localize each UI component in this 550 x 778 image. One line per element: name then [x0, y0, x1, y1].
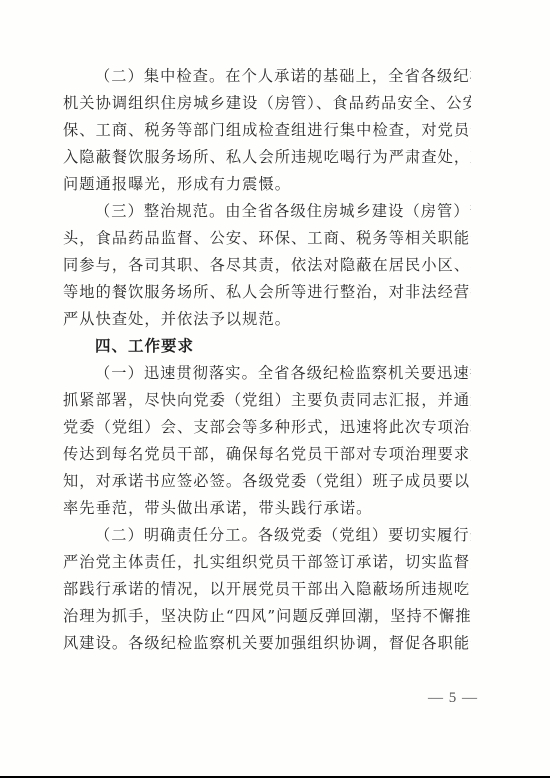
text-line: 部践行承诺的情况，以开展党员干部出入隐蔽场所违规吃喝专项	[63, 576, 471, 603]
text-line: 问题通报曝光，形成有力震慑。	[63, 171, 471, 198]
text-line: （三）整治规范。由全省各级住房城乡建设（房管）部门牵	[63, 198, 471, 225]
text-line: 传达到每名党员干部，确保每名党员干部对专项治理要求应知尽	[63, 441, 471, 468]
text-line: 头，食品药品监督、公安、环保、工商、税务等相关职能部门共	[63, 225, 471, 252]
text-line: 同参与，各司其职、各尽其责，依法对隐蔽在居民小区、写字楼	[63, 252, 471, 279]
text-line: 入隐蔽餐饮服务场所、私人会所违规吃喝行为严肃查处，对典型	[63, 144, 471, 171]
text-line: 风建设。各级纪检监察机关要加强组织协调，督促各职能部门发	[63, 630, 471, 657]
paragraph-centralized-inspection: （二）集中检查。在个人承诺的基础上，全省各级纪检监察 机关协调组织住房城乡建设（…	[63, 63, 471, 198]
page-number: — 5 —	[428, 690, 478, 707]
text-line: 保、工商、税务等部门组成检查组进行集中检查，对党员干部出	[63, 117, 471, 144]
section-heading: 四、工作要求	[63, 333, 471, 360]
document-page: （二）集中检查。在个人承诺的基础上，全省各级纪检监察 机关协调组织住房城乡建设（…	[0, 0, 550, 777]
text-line: 党委（党组）会、支部会等多种形式，迅速将此次专项治理要求	[63, 414, 471, 441]
text-line: 知，对承诺书应签必签。各级党委（党组）班子成员要以身作则、	[63, 468, 471, 495]
text-line: 等地的餐饮服务场所、私人会所等进行整治，对非法经营行为从	[63, 279, 471, 306]
paragraph-responsibility: （二）明确责任分工。各级党委（党组）要切实履行全面从 严治党主体责任，扎实组织党…	[63, 522, 471, 657]
text-line: 治理为抓手，坚决防止“四风”问题反弹回潮，坚持不懈推进作	[63, 603, 471, 630]
paragraph-implementation: （一）迅速贯彻落实。全省各级纪检监察机关要迅速行动， 抓紧部署，尽快向党委（党组…	[63, 360, 471, 522]
text-line: 抓紧部署，尽快向党委（党组）主要负责同志汇报，并通过召开	[63, 387, 471, 414]
text-line: （一）迅速贯彻落实。全省各级纪检监察机关要迅速行动，	[63, 360, 471, 387]
paragraph-rectification: （三）整治规范。由全省各级住房城乡建设（房管）部门牵 头，食品药品监督、公安、环…	[63, 198, 471, 333]
text-line: 严治党主体责任，扎实组织党员干部签订承诺，切实监督党员干	[63, 549, 471, 576]
text-line: 严从快查处，并依法予以规范。	[63, 306, 471, 333]
text-line: 率先垂范，带头做出承诺，带头践行承诺。	[63, 495, 471, 522]
text-line: （二）明确责任分工。各级党委（党组）要切实履行全面从	[63, 522, 471, 549]
text-line: 机关协调组织住房城乡建设（房管）、食品药品安全、公安、环	[63, 90, 471, 117]
text-line: （二）集中检查。在个人承诺的基础上，全省各级纪检监察	[63, 63, 471, 90]
document-body: （二）集中检查。在个人承诺的基础上，全省各级纪检监察 机关协调组织住房城乡建设（…	[63, 63, 471, 657]
